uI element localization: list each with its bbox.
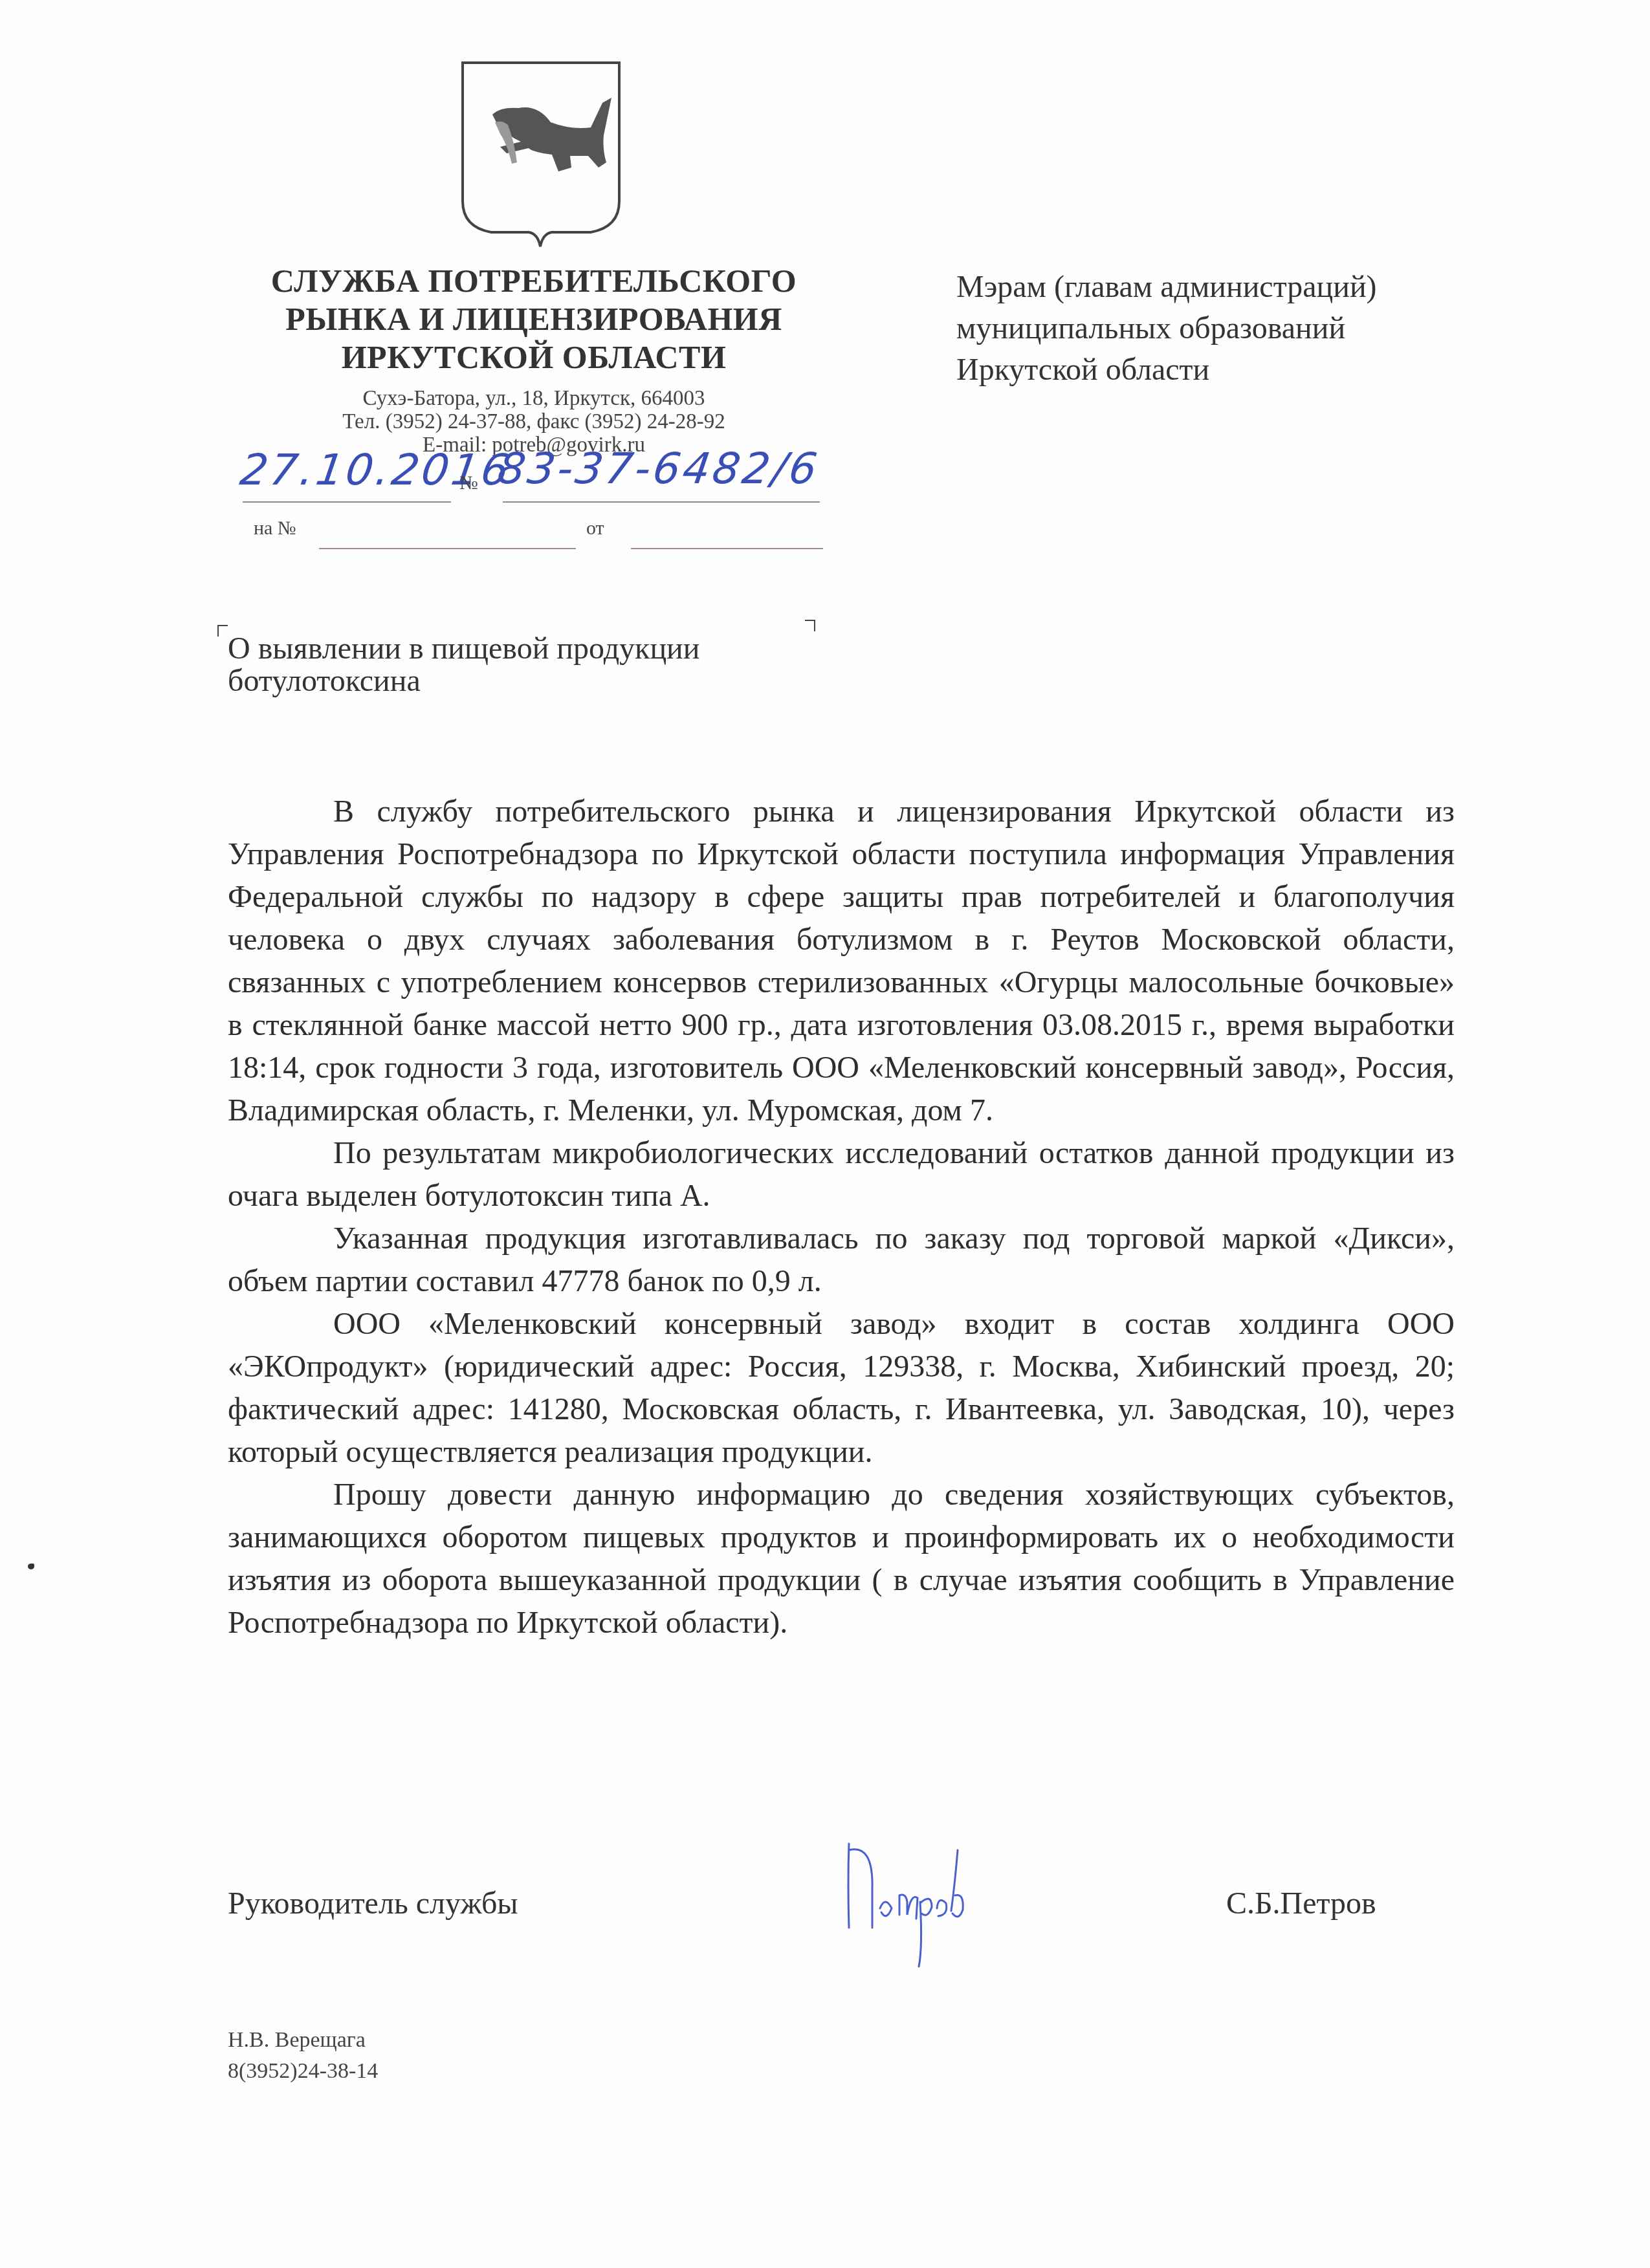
subject-corner-mark [217, 625, 228, 637]
registration-number: 83-37-6482/6 [495, 444, 823, 494]
addressee-line: Мэрам (главам администраций) [956, 267, 1539, 308]
coat-of-arms-icon [461, 58, 625, 248]
org-name: СЛУЖБА ПОТРЕБИТЕЛЬСКОГО РЫНКА И ЛИЦЕНЗИР… [226, 262, 841, 376]
handwritten-signature-icon [835, 1831, 990, 1973]
number-underline [503, 501, 820, 503]
executor-phone: 8(3952)24-38-14 [228, 2056, 378, 2087]
subject-corner-mark [805, 620, 815, 631]
addressee-block: Мэрам (главам администраций) муниципальн… [956, 267, 1539, 391]
date-underline [243, 501, 451, 503]
org-name-line: СЛУЖБА ПОТРЕБИТЕЛЬСКОГО [226, 262, 841, 300]
addressee-line: муниципальных образований [956, 308, 1539, 349]
org-name-line: РЫНКА И ЛИЦЕНЗИРОВАНИЯ [226, 300, 841, 338]
body-paragraph: Указанная продукция изготавливалась по з… [228, 1217, 1455, 1303]
org-address: Сухэ-Батора, ул., 18, Иркутск, 664003 [226, 387, 841, 410]
subject-line: О выявлении в пищевой продукции [228, 633, 849, 665]
executor-block: Н.В. Верещага 8(3952)24-38-14 [228, 2025, 378, 2087]
body-paragraph: В службу потребительского рынка и лиценз… [228, 791, 1455, 1132]
org-name-line: ИРКУТСКОЙ ОБЛАСТИ [226, 338, 841, 376]
addressee-line: Иркутской области [956, 349, 1539, 391]
signatory-name: С.Б.Петров [1226, 1886, 1376, 1921]
reply-from-field [631, 548, 823, 549]
subject-block: О выявлении в пищевой продукции ботулото… [228, 633, 849, 697]
scan-artifact [28, 1564, 34, 1569]
body-paragraph: ООО «Меленковский консервный завод» вход… [228, 1303, 1455, 1474]
reply-to-label: на № [254, 518, 296, 540]
letter-body: В службу потребительского рынка и лиценз… [228, 791, 1455, 1644]
body-paragraph: По результатам микробиологических исслед… [228, 1132, 1455, 1217]
reply-from-label: от [586, 518, 604, 540]
org-phones: Тел. (3952) 24-37-88, факс (3952) 24-28-… [226, 410, 841, 433]
subject-line: ботулотоксина [228, 665, 849, 697]
registration-number-label: № [459, 472, 478, 494]
executor-name: Н.В. Верещага [228, 2025, 378, 2056]
reply-to-field [319, 548, 576, 549]
signatory-role: Руководитель службы [228, 1886, 518, 1921]
body-paragraph: Прошу довести данную информацию до сведе… [228, 1474, 1455, 1644]
